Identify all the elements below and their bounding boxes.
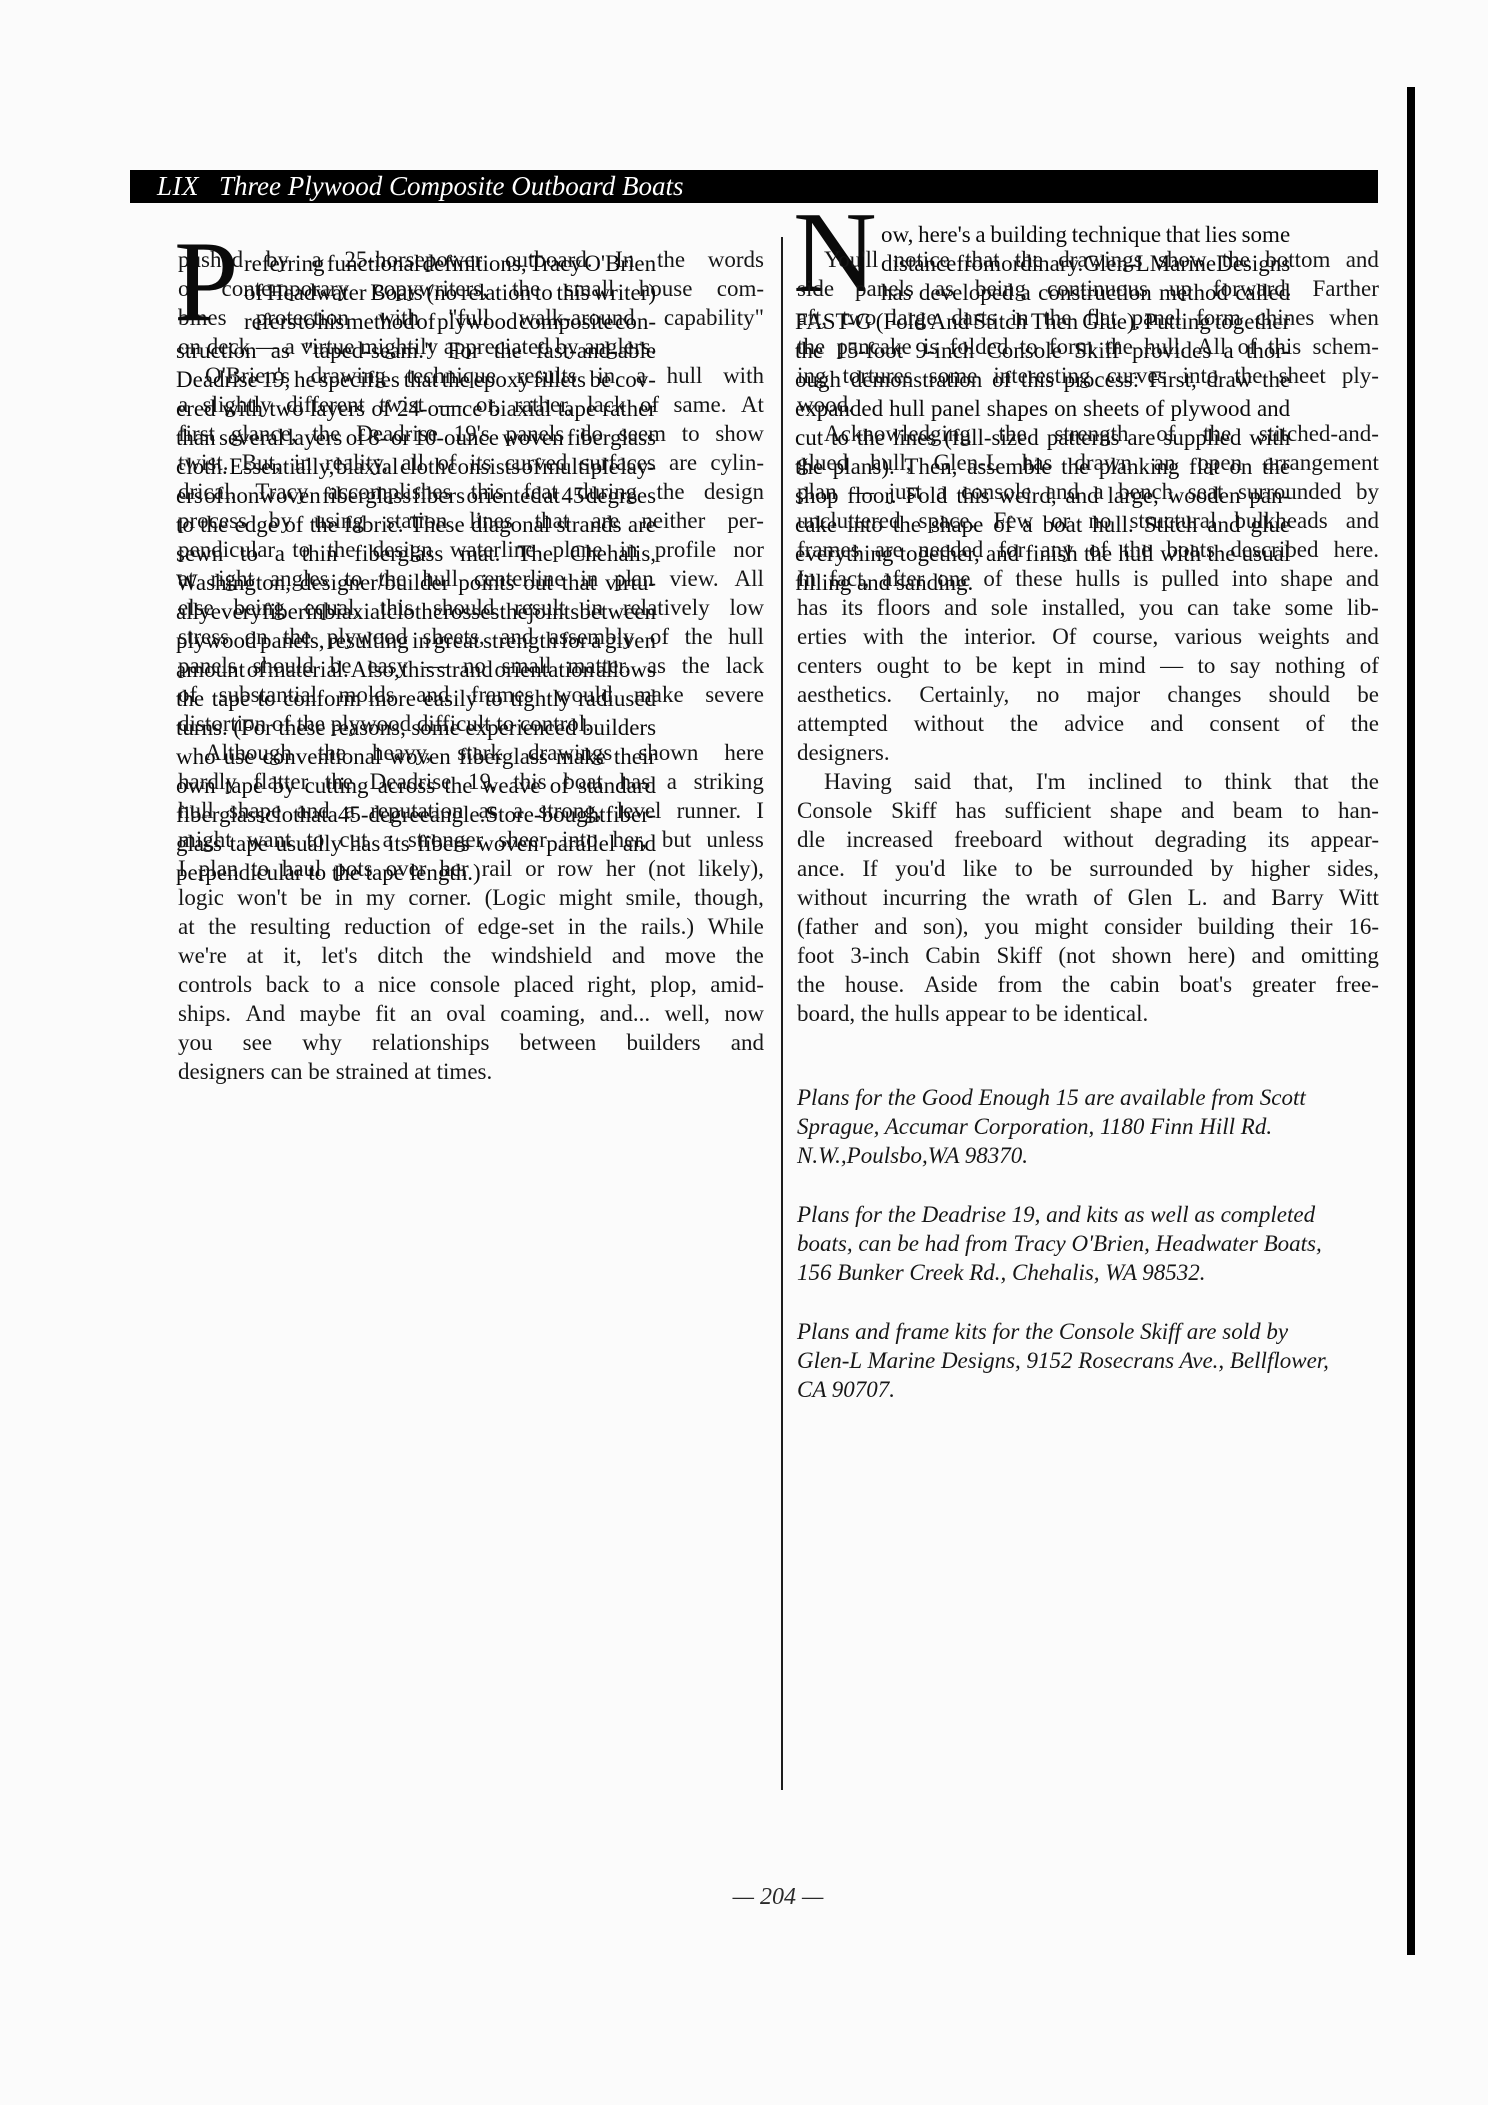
- text-line: ConsoleSkiffhassufficientshapeandbeamtoh…: [797, 796, 1379, 825]
- left-text-column: pushedbya25-horsepoweroutboard.Intheword…: [178, 245, 764, 1086]
- column-divider-rule: [781, 237, 783, 1790]
- page-number: — 204 —: [178, 1884, 1378, 1911]
- right-text-column: Now,here'sabuildingtechniquethatliessome…: [797, 245, 1379, 1404]
- text-line: 156 Bunker Creek Rd., Chehalis, WA 98532…: [797, 1258, 1379, 1287]
- paragraph: Plans for the Deadrise 19, and kits as w…: [797, 1200, 1379, 1287]
- text-line: CA 90707.: [797, 1375, 1379, 1404]
- text-line: foot3-inchCabinSkiff(notshownhere)andomi…: [797, 941, 1379, 970]
- paragraph: Havingsaidthat,I'minclinedtothinkthatthe…: [797, 767, 1379, 1028]
- text-line: Glen-L Marine Designs, 9152 Rosecrans Av…: [797, 1346, 1379, 1375]
- text-line: stressontheplywoodsheets,andassemblyofth…: [178, 622, 764, 651]
- text-line: twist.But,inreality,allofitscurvedsurfac…: [178, 448, 764, 477]
- text-line: hullshapeandareputationasastrong,levelru…: [178, 796, 764, 825]
- text-line: Iplantohaulpotsoverherrailorrowher(notli…: [178, 854, 764, 883]
- text-line: referringfunctionaldefinitions,TracyO'Br…: [176, 249, 656, 278]
- paragraph: Plans for the Good Enough 15 are availab…: [797, 1083, 1379, 1170]
- text-line: aft,twolargedartsintheflatpanelformchine…: [797, 303, 1379, 332]
- text-line: attemptedwithouttheadviceandconsentofthe: [797, 709, 1379, 738]
- text-line: ingtorturessomeinterestingcurvesintothes…: [797, 361, 1379, 390]
- chapter-number: LIX: [157, 171, 199, 202]
- text-line: unclutteredspace.Fewornostructuralbulkhe…: [797, 506, 1379, 535]
- text-line: Plans for the Good Enough 15 are availab…: [797, 1083, 1379, 1112]
- book-page: LIX Three Plywood Composite Outboard Boa…: [0, 0, 1488, 2105]
- text-line: Althoughtheheavy,starkdrawingsshownhere: [178, 738, 764, 767]
- text-line: hasitsfloorsandsoleinstalled,youcantakes…: [797, 593, 1379, 622]
- text-line: elsebeingequal,thisshouldresultinrelativ…: [178, 593, 764, 622]
- text-line: Havingsaidthat,I'minclinedtothinkthatthe: [797, 767, 1379, 796]
- text-line: N.W.,Poulsbo,WA 98370.: [797, 1141, 1379, 1170]
- text-line: Acknowledgingthestrengthofthestitched-an…: [797, 419, 1379, 448]
- text-line: Infact,afteroneofthesehullsispulledintos…: [797, 564, 1379, 593]
- text-line: aesthetics.Certainly,nomajorchangesshoul…: [797, 680, 1379, 709]
- text-line: pendiculartothedesignwaterlineplaneinpro…: [178, 535, 764, 564]
- chapter-title: Three Plywood Composite Outboard Boats: [219, 171, 683, 202]
- text-line: centersoughttobekeptinmind—tosaynothingo…: [797, 651, 1379, 680]
- chapter-header-bar: LIX Three Plywood Composite Outboard Boa…: [130, 170, 1378, 203]
- text-line: hardlyflattertheDeadrise19,thisboathasas…: [178, 767, 764, 796]
- text-line: gluedhull,Glen-Lhasdrawnanopenarrangemen…: [797, 448, 1379, 477]
- paragraph: Acknowledgingthestrengthofthestitched-an…: [797, 419, 1379, 767]
- text-line: attheresultingreductionofedge-setinthera…: [178, 912, 764, 941]
- text-line: Plans and frame kits for the Console Ski…: [797, 1317, 1379, 1346]
- text-line: withoutincurringthewrathofGlenL.andBarry…: [797, 883, 1379, 912]
- text-line: sidepanelsasbeingcontinuousupforward.Far…: [797, 274, 1379, 303]
- paragraph: O'Brien'sdrawingtechniqueresultsinahullw…: [178, 361, 764, 738]
- text-line: mightwanttocutastrongersheerintoher,butu…: [178, 825, 764, 854]
- drop-cap-letter: P: [174, 224, 239, 340]
- text-line: designers can be strained at times.: [178, 1057, 764, 1086]
- text-line: Plans for the Deadrise 19, and kits as w…: [797, 1200, 1379, 1229]
- text-line: thepancakeisfoldedtoformthehull.Allofthi…: [797, 332, 1379, 361]
- text-line: youseewhyrelationshipsbetweenbuildersand: [178, 1028, 764, 1057]
- text-line: plan—justaconsoleandabenchseatsurrounded…: [797, 477, 1379, 506]
- text-line: ertieswiththeinterior.Ofcourse,variouswe…: [797, 622, 1379, 651]
- text-line: O'Brien'sdrawingtechniqueresultsinahullw…: [178, 361, 764, 390]
- text-line: board, the hulls appear to be identical.: [797, 999, 1379, 1028]
- text-line: framesareneededforanyoftheboatsdescribed…: [797, 535, 1379, 564]
- paragraph: You'llnoticethatthedrawingsshowthebottom…: [797, 245, 1379, 419]
- text-line: processbyusingstationlinesthatareneither…: [178, 506, 764, 535]
- text-line: (fatherandson),youmightconsiderbuildingt…: [797, 912, 1379, 941]
- text-line: ofsubstantialmoldsandframeswouldmakeseve…: [178, 680, 764, 709]
- text-line: dleincreasedfreeboardwithoutdegradingits…: [797, 825, 1379, 854]
- text-line: drical.Tracyaccomplishesthisfeatduringth…: [178, 477, 764, 506]
- text-line: Sprague, Accumar Corporation, 1180 Finn …: [797, 1112, 1379, 1141]
- text-line: ance.Ifyou'dliketobesurroundedbyhighersi…: [797, 854, 1379, 883]
- text-line: atrightanglestothehullcenterlineinplanvi…: [178, 564, 764, 593]
- text-line: logicwon'tbeinmycorner.(Logicmightsmile,…: [178, 883, 764, 912]
- text-line: You'llnoticethatthedrawingsshowthebottom…: [797, 245, 1379, 274]
- text-line: controlsbacktoaniceconsoleplacedright,pl…: [178, 970, 764, 999]
- text-line: referstohismethodofplywoodcompositecon-: [176, 307, 656, 336]
- text-line: aslightlydifferenttwist—or,rather,lackof…: [178, 390, 764, 419]
- text-line: distortion of the plywood difficult to c…: [178, 709, 764, 738]
- text-line: firstglance,theDeadrise19'spanelsdoseemt…: [178, 419, 764, 448]
- text-line: wood.: [797, 390, 1379, 419]
- text-line: panelsshouldbeeasy—nosmallmatter,asthela…: [178, 651, 764, 680]
- text-line: ships.Andmaybefitanovalcoaming,and...wel…: [178, 999, 764, 1028]
- text-line: thehouse.Asidefromthecabinboat'sgreaterf…: [797, 970, 1379, 999]
- text-line: we'reatit,let'sditchthewindshieldandmove…: [178, 941, 764, 970]
- paragraph: Althoughtheheavy,starkdrawingsshownhereh…: [178, 738, 764, 1086]
- page-edge-bar: [1407, 87, 1415, 1955]
- text-line: designers.: [797, 738, 1379, 767]
- text-line: ofHeadwaterBoats(norelationtothiswriter): [176, 278, 656, 307]
- paragraph: Plans and frame kits for the Console Ski…: [797, 1317, 1379, 1404]
- text-line: boats, can be had from Tracy O'Brien, He…: [797, 1229, 1379, 1258]
